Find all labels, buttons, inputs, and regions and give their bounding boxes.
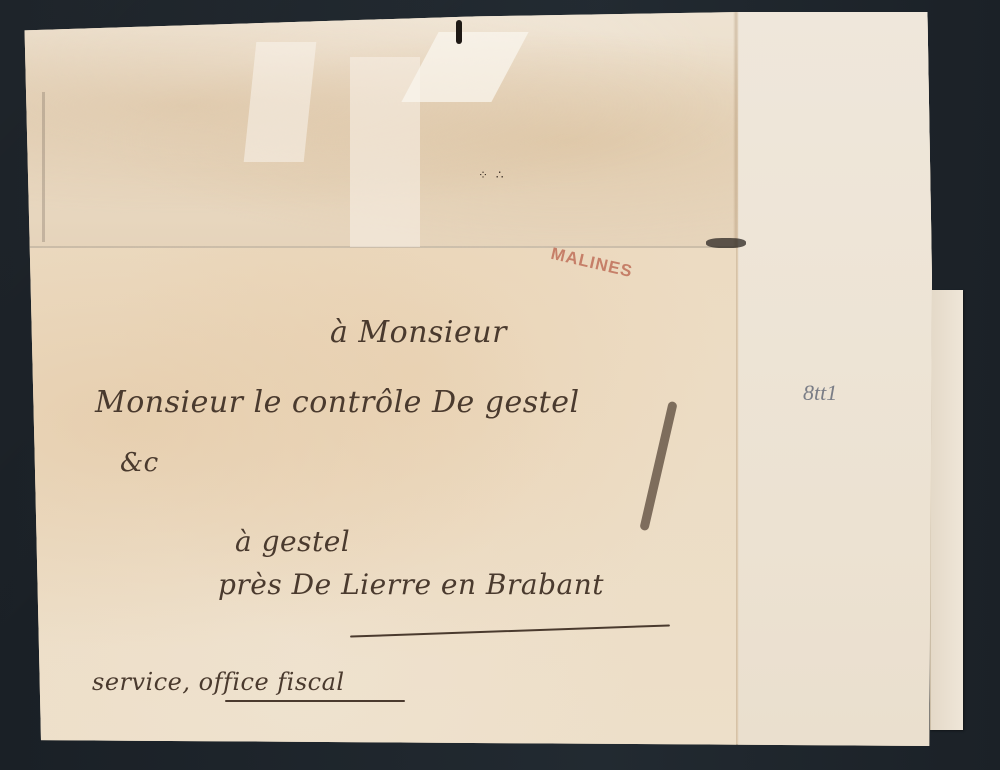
ink-spots: ⁘ ∴ xyxy=(478,168,506,182)
back-sheet-edge xyxy=(930,290,963,730)
fold-crease xyxy=(244,42,317,162)
paper-tear xyxy=(706,238,746,248)
pencil-note: 8tt1 xyxy=(803,380,837,406)
address-line-4: à gestel xyxy=(235,525,350,558)
address-line-5: près De Lierre en Brabant xyxy=(218,568,604,601)
folded-letter xyxy=(20,12,932,746)
address-line-2: Monsieur le contrôle De gestel xyxy=(95,385,580,420)
torn-seal-flap xyxy=(401,32,528,102)
seal-remnant xyxy=(456,20,462,44)
right-fold-panel xyxy=(738,12,932,746)
address-line-3: &c xyxy=(120,448,159,478)
endorsement-text: service, office fiscal xyxy=(92,668,345,696)
endorsement-underline xyxy=(225,700,405,702)
address-line-1: à Monsieur xyxy=(330,315,507,350)
left-crease xyxy=(42,92,45,242)
